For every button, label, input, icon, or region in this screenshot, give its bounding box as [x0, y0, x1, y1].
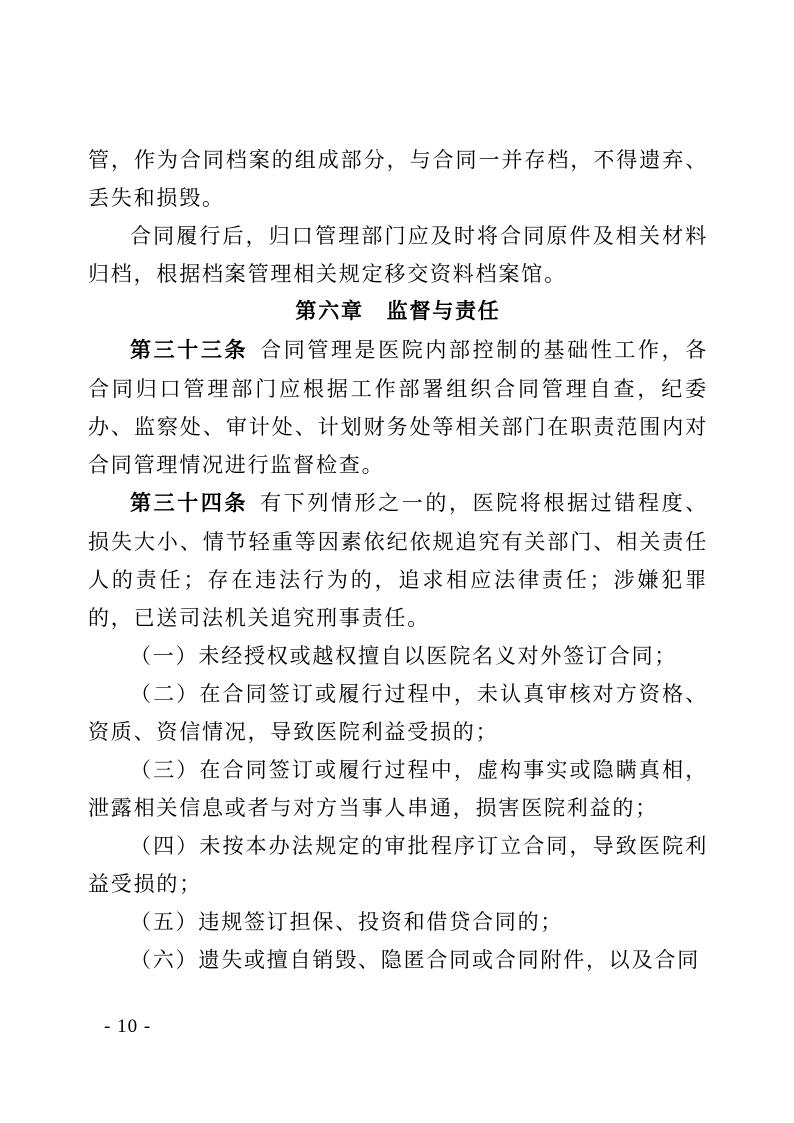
page-number: - 10 - [104, 1014, 151, 1040]
paragraph: （四）未按本办法规定的审批程序订立合同，导致医院利益受损的； [88, 827, 708, 903]
paragraph: （二）在合同签订或履行过程中，未认真审核对方资格、资质、资信情况，导致医院利益受… [88, 675, 708, 751]
paragraph: 第三十三条合同管理是医院内部控制的基础性工作，各合同归口管理部门应根据工作部署组… [88, 331, 708, 484]
paragraph: （六）遗失或擅自销毁、隐匿合同或合同附件，以及合同 [88, 941, 708, 979]
article-number: 第三十三条 [130, 339, 248, 362]
paragraph: （五）违规签订担保、投资和借贷合同的； [88, 903, 708, 941]
paragraph: 第三十四条有下列情形之一的，医院将根据过错程度、损失大小、情节轻重等因素依纪依规… [88, 484, 708, 637]
paragraph: 合同履行后，归口管理部门应及时将合同原件及相关材料归档，根据档案管理相关规定移交… [88, 217, 708, 293]
paragraph: （三）在合同签订或履行过程中，虚构事实或隐瞒真相，泄露相关信息或者与对方当事人串… [88, 751, 708, 827]
document-body: 管，作为合同档案的组成部分，与合同一并存档，不得遗弃、丢失和损毁。合同履行后，归… [88, 141, 708, 979]
article-number: 第三十四条 [130, 492, 248, 515]
document-page: 管，作为合同档案的组成部分，与合同一并存档，不得遗弃、丢失和损毁。合同履行后，归… [0, 0, 794, 1123]
paragraph: （一）未经授权或越权擅自以医院名义对外签订合同； [88, 637, 708, 675]
paragraph: 管，作为合同档案的组成部分，与合同一并存档，不得遗弃、丢失和损毁。 [88, 141, 708, 217]
chapter-heading: 第六章 监督与责任 [88, 293, 708, 331]
